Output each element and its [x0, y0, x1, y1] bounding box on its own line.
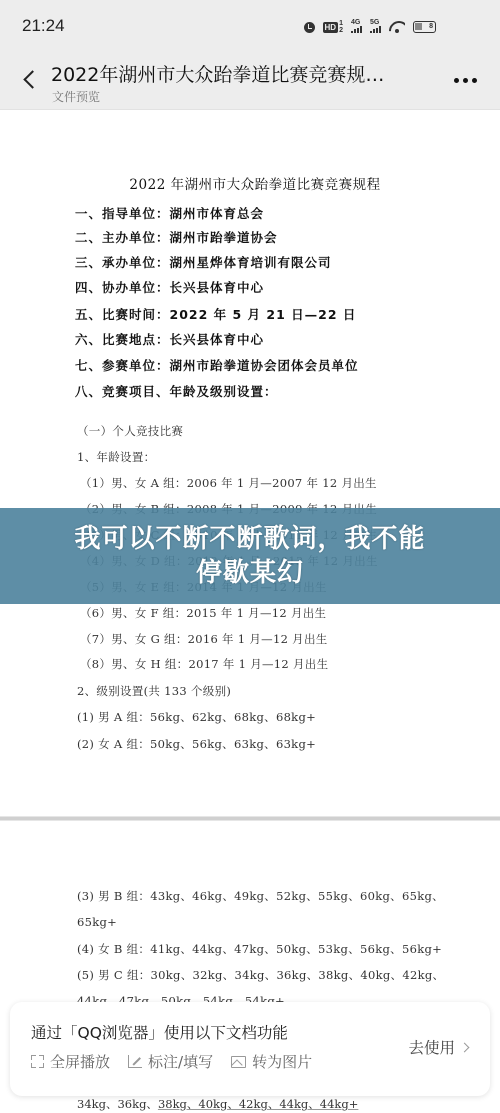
fullscreen-icon [31, 1055, 44, 1068]
weight-line-partial: 34kg、36kg、38kg、40kg、42kg、44kg、44kg+ [77, 1096, 358, 1112]
fullscreen-label: 全屏播放 [50, 1051, 110, 1072]
alarm-icon [304, 22, 315, 33]
section-line: 三、承办单位：湖州星烨体育培训有限公司 [75, 253, 332, 271]
weight-line: (1) 男 A 组：56kg、62kg、68kg、68kg+ [77, 709, 316, 725]
wifi-icon [389, 21, 405, 33]
convert-to-image-button[interactable]: 转为图片 [231, 1051, 312, 1072]
section-line: 八、竞赛项目、年龄及级别设置： [75, 382, 278, 400]
overlay-text-line1: 我可以不断不断歌词，我不能 [74, 522, 425, 556]
qq-card-title: 通过「QQ浏览器」使用以下文档功能 [31, 1021, 288, 1043]
annotate-fill-button[interactable]: 标注/填写 [128, 1051, 213, 1072]
document-title: 2022 年湖州市大众跆拳道比赛竞赛规程 [0, 173, 500, 193]
5g-signal-icon: 5G [370, 19, 381, 35]
app-header: 2022年湖州市大众跆拳道比赛竞赛规… 文件预览 [0, 52, 500, 110]
overlay-banner: 我可以不断不断歌词，我不能 停歇某幻 [0, 508, 500, 604]
go-use-label: 去使用 [408, 1036, 455, 1058]
annotate-label: 标注/填写 [148, 1051, 213, 1072]
age-group-line: （6）男、女 F 组：2015 年 1 月—12 月出生 [80, 605, 326, 621]
more-dot-icon [454, 78, 459, 83]
weight-line: (2) 女 A 组：50kg、56kg、63kg、63kg+ [77, 736, 316, 752]
image-icon [231, 1056, 246, 1068]
page-title: 2022年湖州市大众跆拳道比赛竞赛规… [51, 60, 431, 87]
status-bar: 21:24 HD12 4G 5G 8 [0, 0, 500, 52]
more-dot-icon [463, 78, 468, 83]
qq-card-actions: 全屏播放 标注/填写 转为图片 [31, 1051, 312, 1072]
fullscreen-play-button[interactable]: 全屏播放 [31, 1051, 110, 1072]
weight-line: (4) 女 B 组：41kg、44kg、47kg、50kg、53kg、56kg、… [77, 941, 442, 957]
document-page-1: 2022 年湖州市大众跆拳道比赛竞赛规程 一、指导单位：湖州市体育总会 二、主办… [0, 110, 500, 816]
4g-signal-icon: 4G [351, 19, 362, 35]
section-line: 六、比赛地点：长兴县体育中心 [75, 330, 264, 348]
chevron-right-icon [460, 1042, 470, 1052]
age-group-line: （8）男、女 H 组：2017 年 1 月—12 月出生 [80, 656, 328, 672]
weight-line: (3) 男 B 组：43kg、46kg、49kg、52kg、55kg、60kg、… [77, 888, 444, 904]
subsection-heading: （一）个人竞技比赛 [77, 423, 183, 439]
page-subtitle: 文件预览 [52, 88, 100, 105]
status-time: 21:24 [22, 16, 65, 36]
section-line: 一、指导单位：湖州市体育总会 [75, 204, 264, 222]
back-button[interactable] [14, 62, 44, 96]
age-group-line: （7）男、女 G 组：2016 年 1 月—12 月出生 [80, 631, 328, 647]
age-group-line: （1）男、女 A 组：2006 年 1 月—2007 年 12 月出生 [80, 475, 377, 491]
battery-icon: 8 [413, 21, 436, 33]
section-line: 七、参赛单位：湖州市跆拳道协会团体会员单位 [75, 356, 359, 374]
more-options-button[interactable] [450, 70, 480, 90]
weight-line: (5) 男 C 组：30kg、32kg、34kg、36kg、38kg、40kg、… [77, 967, 444, 983]
age-heading: 1、年龄设置： [77, 449, 155, 465]
section-line: 五、比赛时间：2022 年 5 月 21 日—22 日 [75, 305, 356, 323]
section-line: 四、协办单位：长兴县体育中心 [75, 278, 264, 296]
overlay-text-line2: 停歇某幻 [196, 556, 304, 590]
weight-heading: 2、级别设置(共 133 个级别) [77, 683, 231, 699]
hd-icon: HD12 [323, 19, 343, 35]
chevron-left-icon [23, 70, 41, 88]
convert-label: 转为图片 [252, 1051, 312, 1072]
go-use-button[interactable]: 去使用 [408, 1036, 468, 1058]
qq-browser-promo-card[interactable]: 通过「QQ浏览器」使用以下文档功能 全屏播放 标注/填写 转为图片 去使用 [10, 1002, 490, 1096]
status-icons: HD12 4G 5G 8 [304, 19, 436, 35]
section-line: 二、主办单位：湖州市跆拳道协会 [75, 228, 278, 246]
more-dot-icon [472, 78, 477, 83]
weight-line: 65kg+ [77, 915, 117, 929]
document-viewer[interactable]: 2022 年湖州市大众跆拳道比赛竞赛规程 一、指导单位：湖州市体育总会 二、主办… [0, 110, 500, 1113]
edit-icon [128, 1055, 142, 1068]
